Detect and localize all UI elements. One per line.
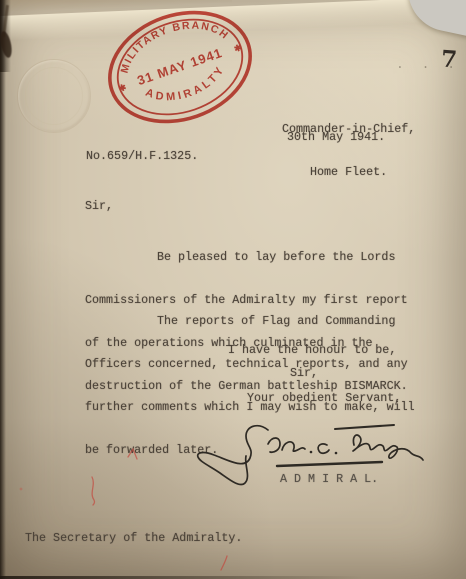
closing-servant-line: Your obedient Servant, — [247, 391, 401, 405]
letterhead-sender: Commander-in-Chief, Home Fleet. — [282, 93, 415, 208]
letterhead-date: 30th May 1941. — [287, 130, 385, 144]
page-left-edge-shadow — [0, 0, 6, 579]
document-photo: MILITARY BRANCH ADMIRALTY 31 MAY 1941 ✱ … — [0, 0, 466, 579]
body-line: The reports of Flag and Commanding — [85, 314, 415, 328]
letterhead-sender-line2: Home Fleet. — [282, 165, 415, 179]
closing-honour-line: I have the honour to be, — [228, 343, 396, 357]
body-line: Officers concerned, technical reports, a… — [85, 357, 415, 371]
signature-rank: A D M I R A L. — [280, 472, 378, 486]
reference-number: No.659/H.F.1325. — [86, 149, 198, 163]
signature-handwriting — [180, 414, 430, 509]
body-line: Be pleased to lay before the Lords — [85, 250, 408, 264]
embossed-seal-icon — [17, 59, 91, 133]
closing-sir-line: Sir, — [290, 366, 318, 380]
salutation: Sir, — [85, 199, 113, 213]
footer-addressee: The Secretary of the Admiralty. — [25, 531, 242, 545]
admiralty-date-stamp-icon: MILITARY BRANCH ADMIRALTY 31 MAY 1941 ✱ … — [100, 7, 260, 127]
faint-dots: . . . — [396, 57, 460, 72]
stamp-separator-left: ✱ — [117, 82, 128, 94]
embossed-seal-inner-ring — [25, 67, 83, 125]
